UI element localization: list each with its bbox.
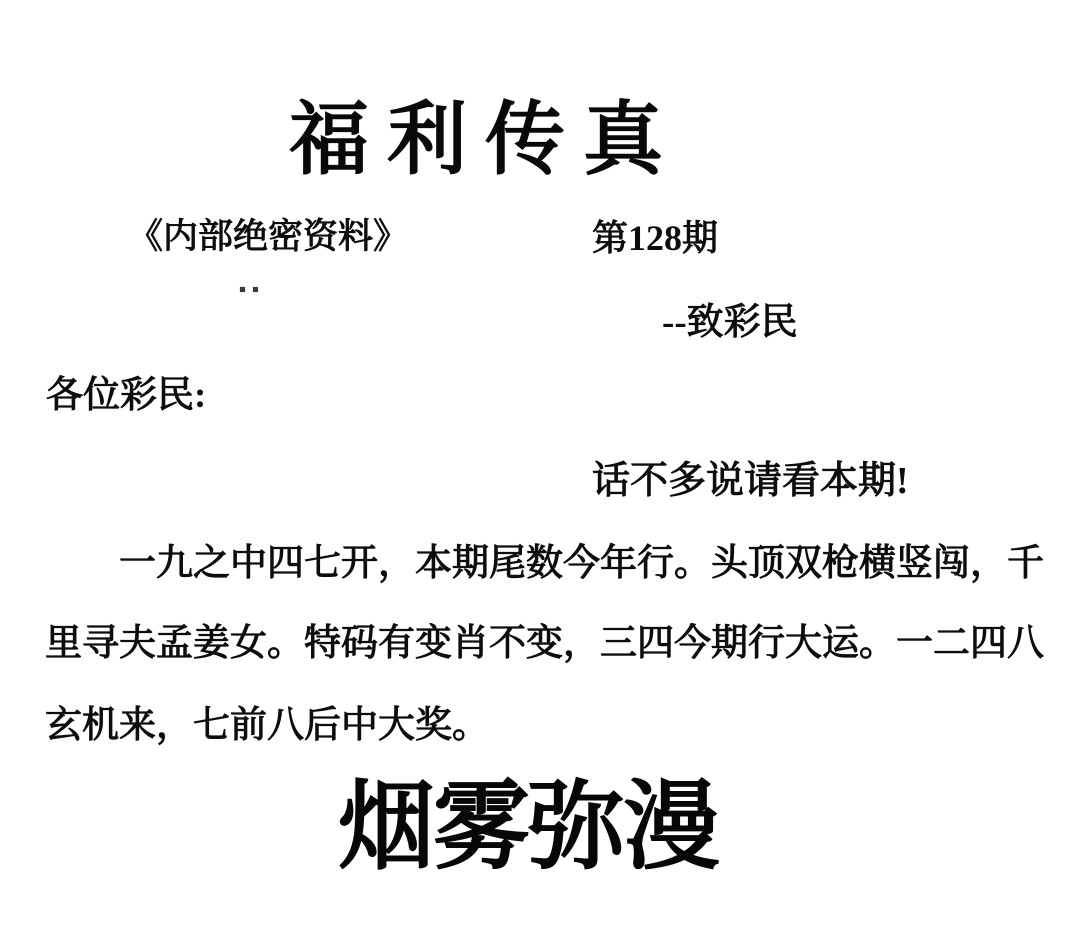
page-title: 福利传真: [289, 100, 681, 180]
issue-number: 第128期: [592, 220, 718, 256]
dedication-line: --致彩民: [662, 304, 798, 341]
poem-line: 里寻夫孟姜女。特码有变肖不变，三四今期行大运。一二四八: [45, 625, 1044, 662]
prompt-line: 话不多说请看本期!: [592, 462, 909, 500]
footer-phrase: 烟雾弥漫: [338, 779, 718, 876]
classification-label: 《内部绝密资料》: [128, 219, 408, 254]
salutation: 各位彩民:: [46, 377, 206, 414]
scan-artifact-dot: [253, 287, 258, 292]
poem-line: 玄机来，七前八后中大奖。: [45, 707, 489, 744]
poem-line: 一九之中四七开，本期尾数今年行。头顶双枪横竖闯，千: [45, 545, 1044, 582]
document-page: { "page": { "title": "福利传真", "classifica…: [0, 0, 1080, 936]
scan-artifact-dot: [240, 287, 245, 292]
